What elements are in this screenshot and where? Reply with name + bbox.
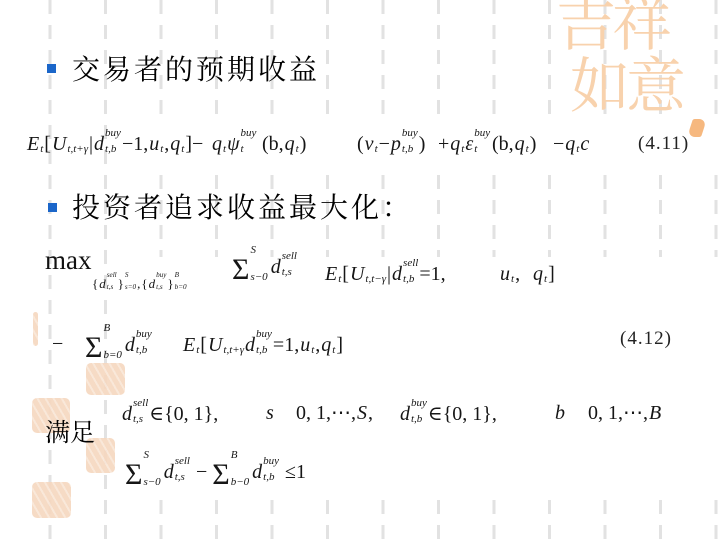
- subscript: s−0: [250, 272, 267, 283]
- superscript: sell: [282, 251, 297, 262]
- superscript: sell: [133, 398, 148, 409]
- constraint-sell-domain: dsellt,s∈{0, 1},: [122, 403, 219, 425]
- subscript: t,t+γ: [223, 345, 244, 356]
- formula-4-12-sell-expectation: E t[U t,t−γ|dsellt,b=1,: [325, 263, 447, 285]
- superscript: [181, 128, 184, 139]
- equation-number-4-11: (4.11): [638, 134, 689, 153]
- math-token: s: [266, 403, 274, 423]
- math-token: E t: [183, 334, 199, 356]
- math-token: {: [141, 277, 147, 290]
- math-token: ,: [515, 264, 520, 284]
- subscript: t,s: [107, 284, 117, 291]
- logo-row-1: 吉祥: [556, 0, 720, 56]
- math-token: dsellt,s: [271, 256, 297, 278]
- subscript: t: [375, 144, 378, 155]
- math-token: ,: [368, 403, 373, 423]
- summation-symbol: ΣSs−0: [232, 256, 268, 278]
- math-token: dbuyt,b: [94, 133, 121, 155]
- subscript: t,b: [403, 274, 418, 285]
- formula-4-12-sell-sum: ΣSs−0dsellt,s: [232, 256, 298, 278]
- constraint-buy-domain: dbuyt,b∈{0, 1},: [400, 403, 498, 425]
- math-token: −: [553, 134, 564, 154]
- math-token: [: [44, 134, 51, 154]
- subscript: b−0: [231, 477, 249, 488]
- math-token: }Ss=0: [118, 277, 136, 292]
- decorative-seal-stamp: [86, 363, 125, 395]
- math-token: q t: [285, 133, 299, 155]
- math-token: dsellt,s: [164, 461, 190, 483]
- superscript: [67, 128, 88, 139]
- formula-4-12-sell-u: u t,: [500, 263, 521, 285]
- math-token: dbuyt,b: [252, 461, 279, 483]
- formula-4-11-part-c: (b,q t): [262, 133, 307, 155]
- superscript: sell: [403, 258, 418, 269]
- subscript: t: [544, 274, 547, 285]
- math-token: ≤1: [285, 462, 306, 482]
- math-token: ∈{0, 1},: [149, 404, 218, 424]
- math-token: dsellt,s: [122, 403, 148, 425]
- constraint-s-variable: s: [266, 403, 275, 423]
- formula-4-11-part-g: −q tc: [553, 133, 590, 155]
- math-token: ∈{0, 1},: [428, 404, 497, 424]
- summation-symbol: ΣSs−0: [125, 461, 161, 483]
- subscript: t: [576, 144, 579, 155]
- superscript: [40, 128, 43, 139]
- math-token: 0, 1,⋯,: [588, 403, 648, 423]
- subscript: t: [240, 144, 256, 155]
- superscript: buy: [411, 398, 427, 409]
- math-token: v t: [365, 133, 378, 155]
- constraint-b-variable: b: [555, 403, 566, 423]
- math-token: c: [580, 134, 589, 154]
- superscript: buy: [402, 128, 418, 139]
- math-token: b: [555, 403, 565, 423]
- superscript: [196, 329, 199, 340]
- formula-4-12-minus: −: [52, 334, 64, 354]
- math-token: ,: [315, 335, 320, 355]
- math-token: ): [300, 134, 307, 154]
- constraint-b-range: 0, 1,⋯, B: [588, 403, 662, 423]
- math-token: dbuyt,s: [149, 277, 167, 292]
- decorative-seal-stamp: [32, 482, 71, 518]
- slide: 吉祥 如意 交易者的预期收益 E t[U t,t+γ|dbuyt,b−1,u t…: [0, 0, 720, 540]
- math-token: dbuyt,b: [400, 403, 427, 425]
- subscript: t,s: [133, 414, 148, 425]
- decorative-seal-stamp: [33, 312, 38, 346]
- subscript: t: [311, 345, 314, 356]
- superscript: [223, 128, 226, 139]
- subscript: b=0: [103, 350, 121, 361]
- superscript: sell: [107, 272, 117, 279]
- superscript: S: [250, 245, 267, 256]
- max-subscript: {dsellt,s}Ss=0,{dbuyt,s}Bb=0: [92, 277, 188, 292]
- math-token: dbuyt,b: [125, 334, 152, 356]
- subscript: t: [338, 274, 341, 285]
- math-token: ,: [137, 277, 140, 290]
- math-token: [: [200, 335, 207, 355]
- superscript: [544, 258, 547, 269]
- math-token: ): [419, 134, 426, 154]
- subscript: t,s: [156, 284, 166, 291]
- math-token: q t: [533, 263, 547, 285]
- subscript: t: [196, 345, 199, 356]
- subscript: t: [511, 274, 514, 285]
- superscript: [365, 258, 386, 269]
- math-token: =1,: [419, 264, 445, 284]
- equation-number-4-12: (4.12): [620, 329, 672, 348]
- superscript: S: [143, 450, 160, 461]
- logo-calligraphy: 吉祥 如意: [556, 0, 720, 118]
- formula-4-12-buy-sum: ΣBb=0dbuyt,b: [85, 334, 153, 356]
- math-token: q t: [515, 133, 529, 155]
- math-token: ]−: [185, 134, 203, 154]
- math-token: u t: [149, 133, 163, 155]
- superscript: [338, 258, 341, 269]
- superscript: [332, 329, 335, 340]
- superscript: buy: [256, 329, 272, 340]
- subscript: t,b: [402, 144, 418, 155]
- superscript: buy: [105, 128, 121, 139]
- superscript: [311, 329, 314, 340]
- superscript: [223, 329, 244, 340]
- math-token: (b,: [492, 134, 514, 154]
- math-token: −1,: [122, 134, 148, 154]
- math-token: q t: [565, 133, 579, 155]
- subscript: t: [181, 144, 184, 155]
- math-token: dsellt,s: [99, 277, 116, 292]
- math-token: B: [649, 403, 661, 423]
- math-token: |: [387, 264, 391, 284]
- subscript: t,b: [411, 414, 427, 425]
- subscript: t: [296, 144, 299, 155]
- math-token: ]: [548, 264, 555, 284]
- math-token: −: [379, 134, 390, 154]
- math-token: U t,t+γ: [208, 334, 244, 356]
- superscript: [511, 258, 514, 269]
- formula-4-11-part-d: (v t−pbuyt,b): [357, 133, 426, 155]
- summation-symbol: ΣBb−0: [212, 461, 249, 483]
- math-token: ,: [164, 134, 169, 154]
- max-operator: max: [45, 247, 92, 274]
- math-token: −: [196, 462, 207, 482]
- bullet-square-icon: [48, 203, 57, 212]
- formula-4-11-part-f: (b,q t): [492, 133, 537, 155]
- math-token: dsellt,b: [392, 263, 418, 285]
- subscript: t: [526, 144, 529, 155]
- bullet-heading-trader-expected-return: 交易者的预期收益: [72, 53, 320, 87]
- superscript: [461, 128, 464, 139]
- math-token: q t: [450, 133, 464, 155]
- math-token: E t: [27, 133, 43, 155]
- logo-row-2: 如意: [556, 56, 720, 118]
- math-token: u t: [300, 334, 314, 356]
- superscript: buy: [240, 128, 256, 139]
- superscript: [526, 128, 529, 139]
- subscript: t: [461, 144, 464, 155]
- formula-4-12-buy-expectation: E t[U t,t+γdbuyt,b=1,u t,q t]: [183, 334, 344, 356]
- constraint-s-range: 0, 1,⋯, S,: [296, 403, 374, 423]
- subscript: t,s: [282, 267, 297, 278]
- math-token: E t: [325, 263, 341, 285]
- math-token: u t: [500, 263, 514, 285]
- formula-4-11-part-e: +q tεbuyt: [438, 133, 491, 155]
- subscript: b=0: [175, 284, 187, 291]
- math-token: +: [438, 134, 449, 154]
- superscript: [296, 128, 299, 139]
- subscript: t: [40, 144, 43, 155]
- subscript: t,b: [105, 144, 121, 155]
- superscript: B: [175, 272, 187, 279]
- math-token: [: [342, 264, 349, 284]
- subscript: s−0: [143, 477, 160, 488]
- subscript: t: [474, 144, 490, 155]
- subscript: t,b: [256, 345, 272, 356]
- math-token: }Bb=0: [167, 277, 186, 292]
- superscript: B: [231, 450, 249, 461]
- math-token: (b,: [262, 134, 284, 154]
- math-token: dbuyt,b: [245, 334, 272, 356]
- superscript: S: [125, 272, 136, 279]
- math-token: =1,: [273, 335, 299, 355]
- math-token: ): [530, 134, 537, 154]
- math-token: q t: [321, 334, 335, 356]
- subscript: t: [160, 144, 163, 155]
- summation-symbol: ΣBb=0: [85, 334, 122, 356]
- math-token: q t: [212, 133, 226, 155]
- constraint-sum-inequality: ΣSs−0dsellt,s−ΣBb−0dbuyt,b≤1: [125, 461, 311, 483]
- bullet-heading-investor-maximize-return: 投资者追求收益最大化：: [72, 191, 413, 225]
- subscript: t: [332, 345, 335, 356]
- superscript: buy: [263, 456, 279, 467]
- math-token: ψbuyt: [227, 133, 256, 155]
- math-token: |: [89, 134, 93, 154]
- math-token: U t,t+γ: [52, 133, 88, 155]
- math-token: (: [357, 134, 364, 154]
- math-token: pbuyt,b: [391, 133, 418, 155]
- math-token: −: [52, 334, 63, 354]
- formula-4-12-sell-q: q t]: [533, 263, 556, 285]
- superscript: sell: [175, 456, 190, 467]
- superscript: [160, 128, 163, 139]
- formula-4-11-part-a: E t[U t,t+γ|dbuyt,b−1,u t,q t]−: [27, 133, 204, 155]
- subscript: t,t−γ: [365, 274, 386, 285]
- formula-4-11-part-b: q tψbuyt: [212, 133, 257, 155]
- superscript: [375, 128, 378, 139]
- superscript: [576, 128, 579, 139]
- math-token: {: [92, 277, 98, 290]
- subscript: s=0: [125, 284, 136, 291]
- subscript: t: [223, 144, 226, 155]
- subscript: t,s: [175, 472, 190, 483]
- subscript: t,t+γ: [67, 144, 88, 155]
- superscript: buy: [156, 272, 166, 279]
- subscript: t,b: [263, 472, 279, 483]
- math-token: 0, 1,⋯,: [296, 403, 356, 423]
- math-token: U t,t−γ: [350, 263, 386, 285]
- bullet-square-icon: [47, 64, 56, 73]
- math-token: εbuyt: [465, 133, 490, 155]
- superscript: B: [103, 323, 121, 334]
- math-token: S: [357, 403, 367, 423]
- math-token: q t: [170, 133, 184, 155]
- superscript: buy: [474, 128, 490, 139]
- subscript: t,b: [136, 345, 152, 356]
- constraint-label: 满足: [45, 418, 95, 448]
- math-token: ]: [336, 335, 343, 355]
- superscript: buy: [136, 329, 152, 340]
